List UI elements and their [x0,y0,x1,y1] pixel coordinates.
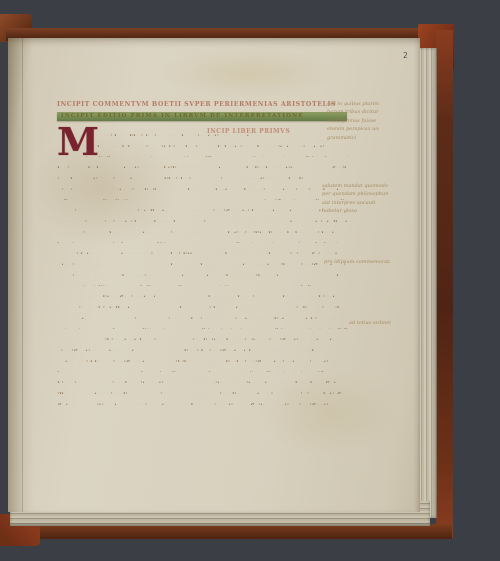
margin-note-1: sed in quibus plurimishorum tribus dicit… [327,100,379,142]
text-line-ink: fiat compositio ut ex nomine atque uerbo… [57,403,336,405]
text-line: duplici significationesignificativa aute… [57,340,348,351]
margin-note-2: salutem mandat quomodoper quendam philos… [322,182,388,216]
margin-note-line: grammatici [327,134,379,142]
main-text-block: M agna quidem libri huius apud peripatet… [57,125,348,405]
text-line: litteraeloquimur ac proinde quoque litte… [57,233,348,244]
text-line: aristotelesloci uocabulum sententia ac s… [57,157,348,168]
text-line: passiones animaeetenim uoces quoque nequ… [57,254,348,265]
interlinear-gloss: duplici significatione [127,340,176,341]
interlinear-gloss: intellectuum [127,211,156,212]
interlinear-gloss: nomen et uerbum [92,362,134,363]
interlinear-gloss: scilicet [114,147,130,148]
margin-note-3: pro idipsum commemoratur liber [324,258,390,266]
text-line: nomen et uerbumhae quoque uoces quaedam … [57,362,348,373]
interlinear-gloss: uel notae [92,190,114,191]
margin-note-line: per quendam philosophum [322,190,388,198]
text-line: id est peripateticiquod perpulchra uisa … [82,136,348,147]
text-line: sicut supraquare sicut litterae apud diu… [57,276,348,287]
folio-number: 2 [403,51,408,60]
text-line: apud graecoscum animo uerborum notas spe… [57,222,348,233]
text-lines: agna quidem libri huius apud peripatetic… [57,125,348,405]
text-line: philosophinimirum argumenta simplicibus … [57,179,348,190]
interlinear-gloss: grammatici dicunt [127,168,170,169]
interlinear-gloss: aristoteles [217,157,241,158]
text-line: hinc iam quae simplex sit oratio quae co… [57,372,348,383]
illuminated-initial: M [57,125,82,157]
text-line: uel notaeadhuc exemplis dictione sermone… [57,190,348,201]
interlinear-gloss: litterae [92,233,109,234]
text-line: quoniam earum rerum intellectus uocesque… [57,200,348,211]
margin-note-line: ad totius ordinem [349,319,391,327]
margin-note-line: habetur glosa [322,207,388,215]
text-line: metaphorice diciturfiat compositio ut ex… [57,394,348,405]
text-line: agna quidem libri huius apud peripatetic… [82,125,348,136]
margin-note-line: pro idipsum commemoratur liber [324,258,390,266]
margin-note-4: ad totius ordinem [349,319,391,327]
green-band-text: INCIPIT EDITIO PRIMA IN LIBRVM DE INTERP… [57,112,347,121]
text-line: uox articulatares enim uel intellectus e… [57,297,348,308]
text-line: intellectuumnunc enim animi est id quod … [57,211,348,222]
page-content: 2 INCIPIT COMMENTVM BOETII SVPER PERIERM… [0,0,500,561]
text-line: eas motus quasque animae passiones desig… [57,308,348,319]
text-line: scilicetsimplicibus praecepta cum ration… [82,147,348,158]
text-line: quae uero scribi potest hominum proprie … [57,329,348,340]
text-line: grammatici dicuntin eloquentia quia uete… [57,168,348,179]
margin-note-line: erant primus fuisse [327,117,379,125]
text-line: neque uero aliter fieri potest nam cum a… [57,286,348,297]
interlinear-gloss: uox articulata [127,297,159,298]
interlinear-gloss: coniunctio [191,351,215,352]
margin-note-line: aut interpres uocauit [322,199,388,207]
margin-note-line: salutem mandat quomodo [322,182,388,190]
text-line: oratioillae uocantur simplices quae in u… [57,383,348,394]
interlinear-gloss: oratio [127,383,141,384]
text-line: nec uidetur posse transponi quod si litt… [57,243,348,254]
green-title-band: INCIPIT EDITIO PRIMA IN LIBRVM DE INTERP… [57,112,347,121]
text-line: passiones quarum hae primarum notae sunt… [57,265,348,276]
interlinear-gloss: passiones animae [127,254,168,255]
margin-note-line: etenim perspicax uocat [327,125,379,133]
interlinear-gloss: philosophi [191,179,215,180]
interlinear-gloss: ut hinnitus [92,319,117,320]
interlinear-gloss: sicut supra [92,276,118,277]
interlinear-gloss: id est peripatetici [204,136,245,137]
interlinear-gloss: metaphorice dicitur [191,394,237,395]
margin-note-line: horum tribus dicitur [327,108,379,116]
text-line: coniunctioextra quiddam significant per … [57,351,348,362]
text-line: ut hinnitusest autem quaedam uox littera… [57,319,348,330]
manuscript-photo: 2 INCIPIT COMMENTVM BOETII SVPER PERIERM… [0,0,500,561]
rubric-heading: INCIPIT COMMENTVM BOETII SVPER PERIERMEN… [57,101,339,108]
interlinear-gloss: apud graecos [191,222,223,223]
margin-note-line: sed in quibus plurimis [327,100,379,108]
